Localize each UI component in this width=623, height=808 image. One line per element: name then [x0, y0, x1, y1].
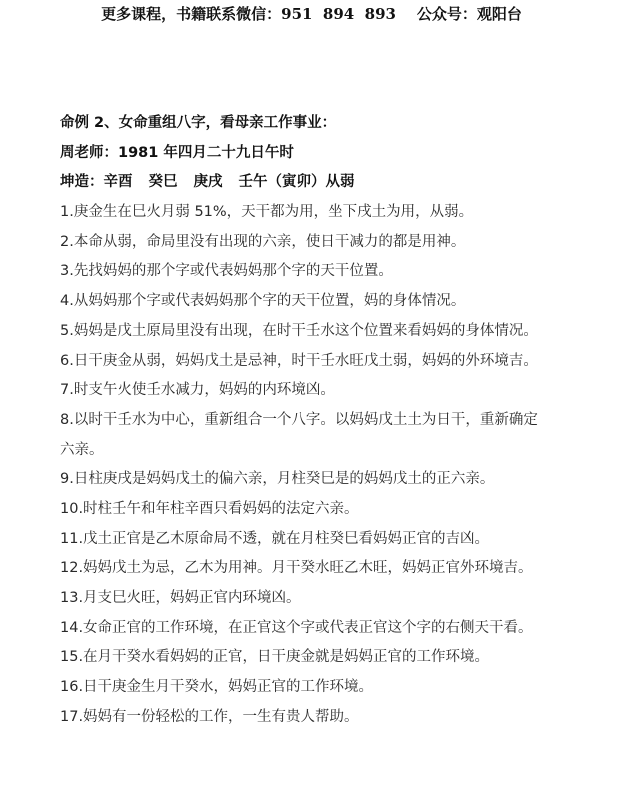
list-item: 15.在月干癸水看妈妈的正官，日干庚金就是妈妈正官的工作环境。 — [60, 646, 620, 676]
month-pillar: 癸巳 — [149, 174, 178, 190]
list-item: 9.日柱庚戌是妈妈戊土的偏六亲，月柱癸巳是的妈妈戊土的正六亲。 — [60, 468, 620, 498]
contact-header: 更多课程，书籍联系微信：951 894 893 公众号：观阳台 — [0, 3, 623, 24]
list-item: 10.时柱壬午和年柱辛酉只看妈妈的法定六亲。 — [60, 498, 620, 528]
list-item: 8.以时干壬水为中心，重新组合一个八字。以妈妈戊土土为日干，重新确定 — [60, 409, 620, 439]
list-item: 13.月支巳火旺，妈妈正官内环境凶。 — [60, 587, 620, 617]
case-title: 命例 2、女命重组八字，看母亲工作事业： — [60, 112, 620, 142]
list-item: 6.日干庚金从弱，妈妈戊土是忌神，时干壬水旺戊土弱，妈妈的外环境吉。 — [60, 350, 620, 380]
list-item-continuation: 六亲。 — [60, 439, 620, 469]
list-item: 14.女命正官的工作环境，在正官这个字或代表正官这个字的右侧天干看。 — [60, 617, 620, 647]
list-item: 4.从妈妈那个字或代表妈妈那个字的天干位置，妈的身体情况。 — [60, 290, 620, 320]
year-pillar: 辛酉 — [104, 174, 133, 190]
list-item: 12.妈妈戊土为忌，乙木为用神。月干癸水旺乙木旺，妈妈正官外环境吉。 — [60, 557, 620, 587]
chart-prefix: 坤造： — [60, 174, 104, 190]
hour-pillar: 壬午（寅卯）从弱 — [239, 174, 355, 190]
bazi-chart-line: 坤造：辛酉癸巳庚戌壬午（寅卯）从弱 — [60, 171, 620, 201]
list-item: 5.妈妈是戊土原局里没有出现，在时干壬水这个位置来看妈妈的身体情况。 — [60, 320, 620, 350]
list-item: 2.本命从弱，命局里没有出现的六亲，使日干减力的都是用神。 — [60, 231, 620, 261]
teacher-birth-line: 周老师：1981 年四月二十九日午时 — [60, 142, 620, 172]
list-item: 11.戊土正官是乙木原命局不透，就在月柱癸巳看妈妈正官的吉凶。 — [60, 528, 620, 558]
list-item: 17.妈妈有一份轻松的工作，一生有贵人帮助。 — [60, 706, 620, 736]
document-body: 命例 2、女命重组八字，看母亲工作事业： 周老师：1981 年四月二十九日午时 … — [60, 112, 620, 735]
list-item: 3.先找妈妈的那个字或代表妈妈那个字的天干位置。 — [60, 260, 620, 290]
list-item: 1.庚金生在巳火月弱 51%，天干都为用，坐下戌土为用，从弱。 — [60, 201, 620, 231]
day-pillar: 庚戌 — [194, 174, 223, 190]
list-item: 16.日干庚金生月干癸水，妈妈正官的工作环境。 — [60, 676, 620, 706]
list-item: 7.时支午火使壬水减力，妈妈的内环境凶。 — [60, 379, 620, 409]
